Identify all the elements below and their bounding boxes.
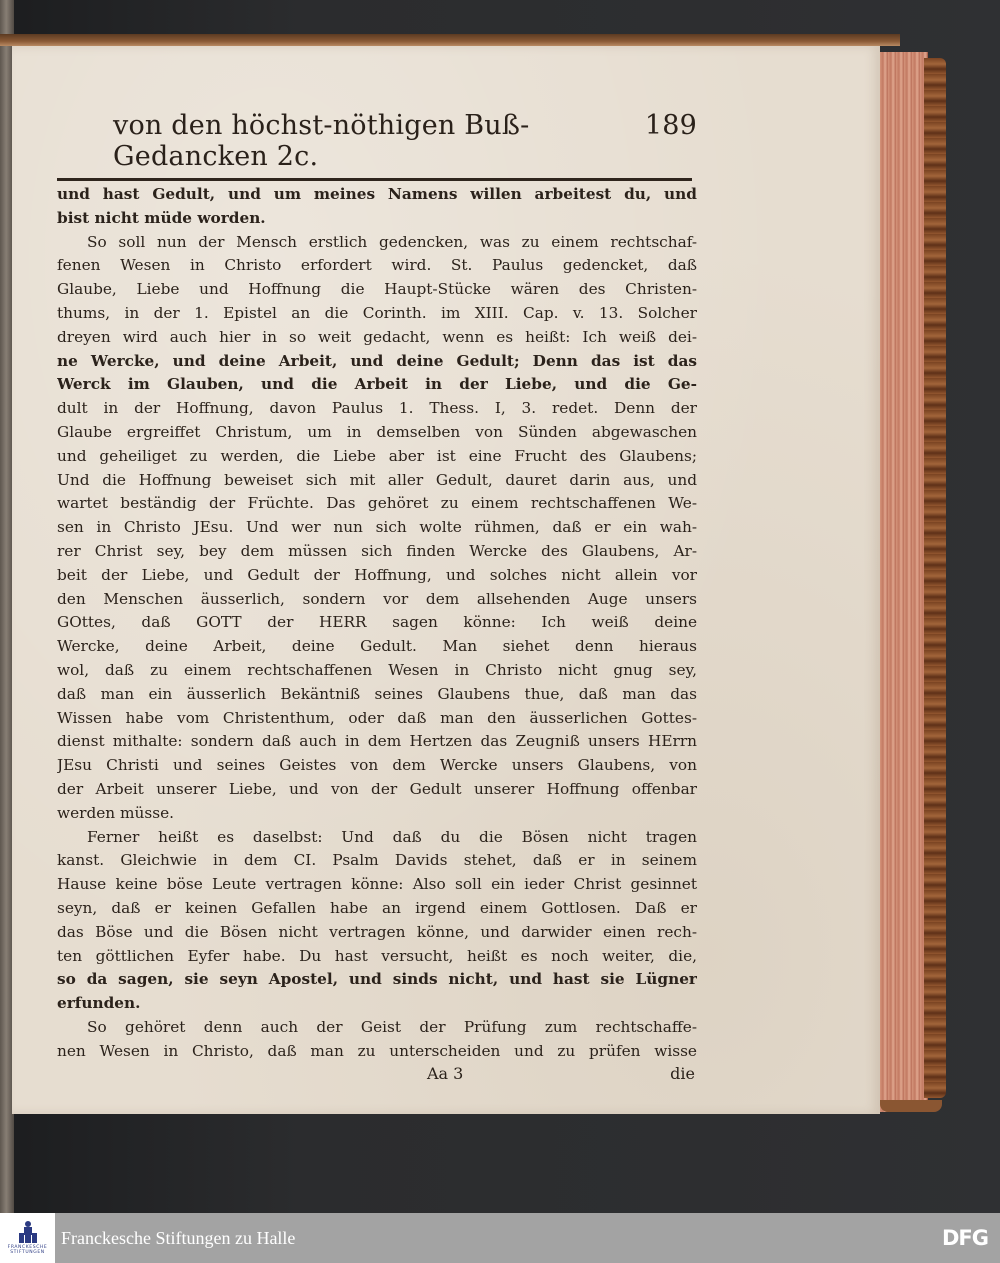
text-line: JEsu Christi und seines Geistes von dem … xyxy=(57,754,697,778)
text-line: ten göttlichen Eyfer habe. Du hast versu… xyxy=(57,945,697,969)
text-line: der Arbeit unserer Liebe, und von der Ge… xyxy=(57,778,697,802)
text-line: Ferner heißt es daselbst: Und daß du die… xyxy=(57,826,697,850)
running-head-title: von den höchst-nöthigen Buß-Gedancken 2c… xyxy=(113,110,645,172)
text-line: bist nicht müde worden. xyxy=(57,207,697,231)
signature-mark: Aa 3 xyxy=(427,1063,463,1085)
dfg-logo[interactable]: DFG xyxy=(942,1226,988,1250)
text-line: dienst mithalte: sondern daß auch in dem… xyxy=(57,730,697,754)
text-line: daß man ein äusserlich Bekäntniß seines … xyxy=(57,683,697,707)
text-line: dult in der Hoffnung, davon Paulus 1. Th… xyxy=(57,397,697,421)
text-line: Glaube, Liebe und Hoffnung die Haupt-Stü… xyxy=(57,278,697,302)
text-line: ne Wercke, und deine Arbeit, und deine G… xyxy=(57,350,697,374)
book-cover-edge xyxy=(924,58,946,1098)
text-line: So soll nun der Mensch erstlich gedencke… xyxy=(57,231,697,255)
text-line: werden müsse. xyxy=(57,802,697,826)
text-line: Und die Hoffnung beweiset sich mit aller… xyxy=(57,469,697,493)
book-cover-foot xyxy=(880,1100,942,1112)
text-line: und hast Gedult, und um meines Namens wi… xyxy=(57,183,697,207)
text-line: wartet beständig der Früchte. Das gehöre… xyxy=(57,492,697,516)
text-line: Werck im Glauben, und die Arbeit in der … xyxy=(57,373,697,397)
text-line: nen Wesen in Christo, daß man zu untersc… xyxy=(57,1040,697,1064)
francke-logo[interactable]: FRANCKESCHE STIFTUNGEN xyxy=(0,1213,55,1263)
text-line: und geheiliget zu werden, die Liebe aber… xyxy=(57,445,697,469)
text-line: das Böse und die Bösen nicht vertragen k… xyxy=(57,921,697,945)
page-footer-line: Aa 3 die xyxy=(57,1063,697,1085)
text-line: Wissen habe vom Christenthum, oder daß m… xyxy=(57,707,697,731)
running-head: von den höchst-nöthigen Buß-Gedancken 2c… xyxy=(57,110,697,172)
book-page: von den höchst-nöthigen Buß-Gedancken 2c… xyxy=(12,46,880,1114)
text-line: beit der Liebe, und Gedult der Hoffnung,… xyxy=(57,564,697,588)
text-line: rer Christ sey, bey dem müssen sich find… xyxy=(57,540,697,564)
francke-logo-caption: FRANCKESCHE STIFTUNGEN xyxy=(8,1245,48,1256)
text-line: Wercke, deine Arbeit, deine Gedult. Man … xyxy=(57,635,697,659)
text-line: so da sagen, sie seyn Apostel, und sinds… xyxy=(57,968,697,992)
text-line: GOttes, daß GOTT der HERR sagen könne: I… xyxy=(57,611,697,635)
text-line: So gehöret denn auch der Geist der Prüfu… xyxy=(57,1016,697,1040)
header-rule xyxy=(57,178,692,181)
text-line: Hause keine böse Leute vertragen könne: … xyxy=(57,873,697,897)
text-line: wol, daß zu einem rechtschaffenen Wesen … xyxy=(57,659,697,683)
francke-figure-icon xyxy=(19,1221,37,1243)
book-fore-edge xyxy=(872,52,928,1112)
viewer-footer: FRANCKESCHE STIFTUNGEN Franckesche Stift… xyxy=(0,1213,1000,1263)
institution-name[interactable]: Franckesche Stiftungen zu Halle xyxy=(61,1228,295,1249)
catchword: die xyxy=(670,1063,695,1085)
text-line: dreyen wird auch hier in so weit gedacht… xyxy=(57,326,697,350)
text-line: Glaube ergreiffet Christum, um in demsel… xyxy=(57,421,697,445)
text-line: erfunden. xyxy=(57,992,697,1016)
page-number: 189 xyxy=(645,110,697,141)
body-text: und hast Gedult, und um meines Namens wi… xyxy=(57,183,697,1063)
text-line: sen in Christo JEsu. Und wer nun sich wo… xyxy=(57,516,697,540)
book-top-edge xyxy=(0,34,900,46)
text-line: thums, in der 1. Epistel an die Corinth.… xyxy=(57,302,697,326)
page-content: von den höchst-nöthigen Buß-Gedancken 2c… xyxy=(57,110,697,1085)
text-line: seyn, daß er keinen Gefallen habe an irg… xyxy=(57,897,697,921)
text-line: den Menschen äusserlich, sondern vor dem… xyxy=(57,588,697,612)
text-line: kanst. Gleichwie in dem CI. Psalm Davids… xyxy=(57,849,697,873)
text-line: fenen Wesen in Christo erfordert wird. S… xyxy=(57,254,697,278)
